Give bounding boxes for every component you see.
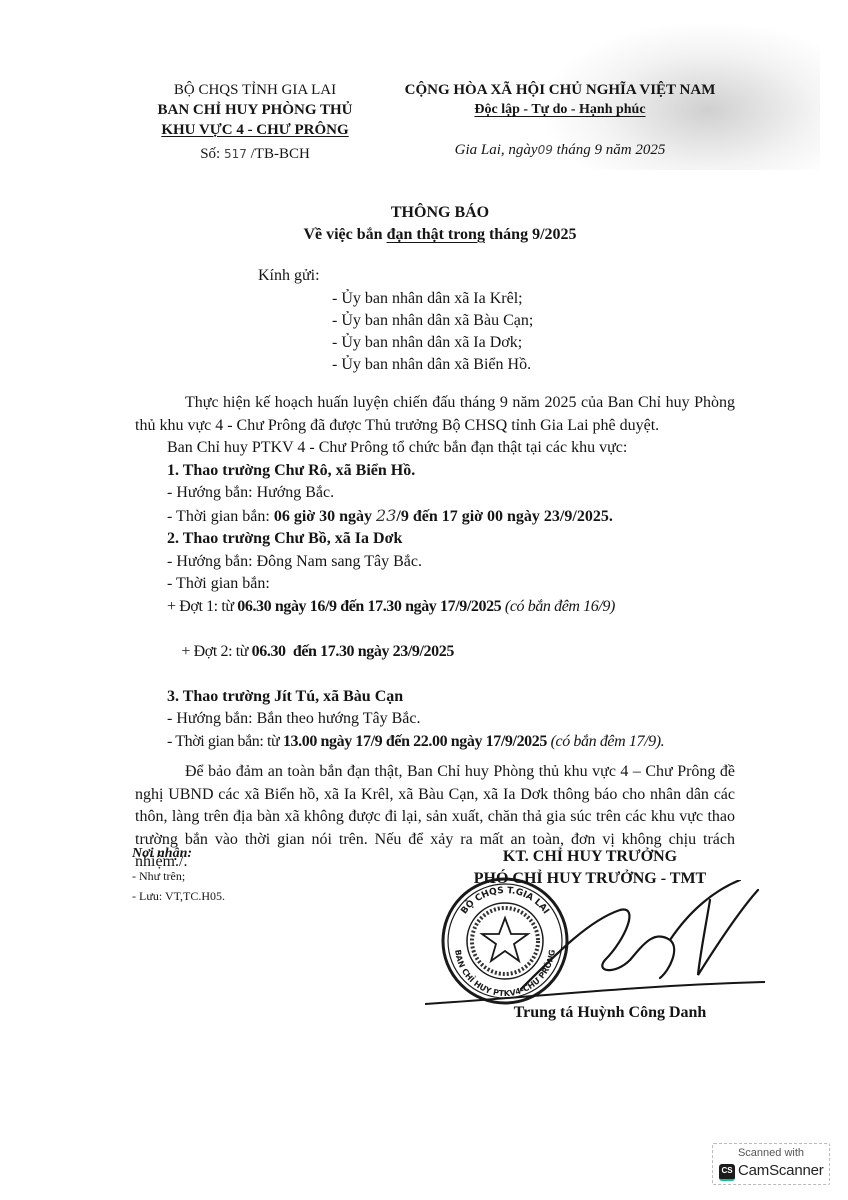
recipient-item: - Ủy ban nhân dân xã Ia Dơk; [332,332,533,354]
camscanner-watermark: Scanned with CS CamScanner [712,1143,830,1185]
recipient-item: - Ủy ban nhân dân xã Ia Krêl; [332,288,533,310]
camscanner-logo-icon: CS [719,1164,735,1181]
site-1-time: - Thời gian bắn: 06 giờ 30 ngày 23/9 đến… [135,505,735,529]
document-body: Thực hiện kế hoạch huấn luyện chiến đấu … [135,392,735,874]
distribution-list: Nơi nhận: - Như trên; - Lưu: VT,TC.H05. [132,846,225,906]
recipients-label: Kính gửi: [258,267,320,285]
agency-area: KHU VỰC 4 - CHƯ PRÔNG [130,120,380,140]
site-3-direction: - Hướng bắn: Bắn theo hướng Tây Bắc. [135,708,735,731]
site-3-time: - Thời gian bắn: từ 13.00 ngày 17/9 đến … [135,731,735,754]
site-2-phase-1: + Đợt 1: từ 06.30 ngày 16/9 đến 17.30 ng… [135,596,735,619]
distribution-label: Nơi nhận: [132,846,225,862]
camscanner-name: CamScanner [738,1162,824,1179]
signatory-name: Trung tá Huỳnh Công Danh [470,1004,750,1022]
document-date: Gia Lai, ngày09 tháng 9 năm 2025 [380,142,740,159]
site-2-time-label: - Thời gian bắn: [135,573,735,596]
document-number: Số: 517 /TB-BCH [130,144,380,164]
title-main: THÔNG BÁO [200,202,680,224]
site-2-phase-2: + Đợt 2: từ 06.30 đến 17.30 ngày 23/9/20… [135,618,735,686]
scanned-with-label: Scanned with [713,1147,829,1159]
issuing-agency-header: BỘ CHQS TỈNH GIA LAI BAN CHỈ HUY PHÒNG T… [130,80,380,164]
handwritten-number: 517 [224,147,247,161]
national-header: CỘNG HÒA XÃ HỘI CHỦ NGHĨA VIỆT NAM Độc l… [375,80,745,120]
handwritten-day: 09 [538,143,553,157]
recipient-item: - Ủy ban nhân dân xã Bàu Cạn; [332,310,533,332]
country-name: CỘNG HÒA XÃ HỘI CHỦ NGHĨA VIỆT NAM [375,80,745,100]
site-1-direction: - Hướng bắn: Hướng Bắc. [135,482,735,505]
handwritten-date: 23 [376,506,396,525]
agency-parent: BỘ CHQS TỈNH GIA LAI [130,80,380,100]
site-3-heading: 3. Thao trường Jít Tú, xã Bàu Cạn [135,686,735,709]
signatory-role: KT. CHỈ HUY TRƯỞNG [430,846,750,868]
recipient-item: - Ủy ban nhân dân xã Biển Hồ. [332,354,533,376]
document-title: THÔNG BÁO Về việc bắn đạn thật trong thá… [200,202,680,246]
recipients-list: - Ủy ban nhân dân xã Ia Krêl; - Ủy ban n… [332,288,533,376]
site-2-direction: - Hướng bắn: Đông Nam sang Tây Bắc. [135,551,735,574]
agency-name: BAN CHỈ HUY PHÒNG THỦ [130,100,380,120]
distribution-item: - Như trên; [132,866,225,886]
distribution-item: - Lưu: VT,TC.H05. [132,886,225,906]
site-1-heading: 1. Thao trường Chư Rô, xã Biển Hồ. [135,460,735,483]
intro-paragraph: Thực hiện kế hoạch huấn luyện chiến đấu … [135,392,735,437]
title-subject: Về việc bắn đạn thật trong tháng 9/2025 [200,224,680,246]
national-motto: Độc lập - Tự do - Hạnh phúc [375,100,745,120]
site-2-heading: 2. Thao trường Chư Bồ, xã Ia Dơk [135,528,735,551]
organize-paragraph: Ban Chỉ huy PTKV 4 - Chư Prông tổ chức b… [135,437,735,460]
